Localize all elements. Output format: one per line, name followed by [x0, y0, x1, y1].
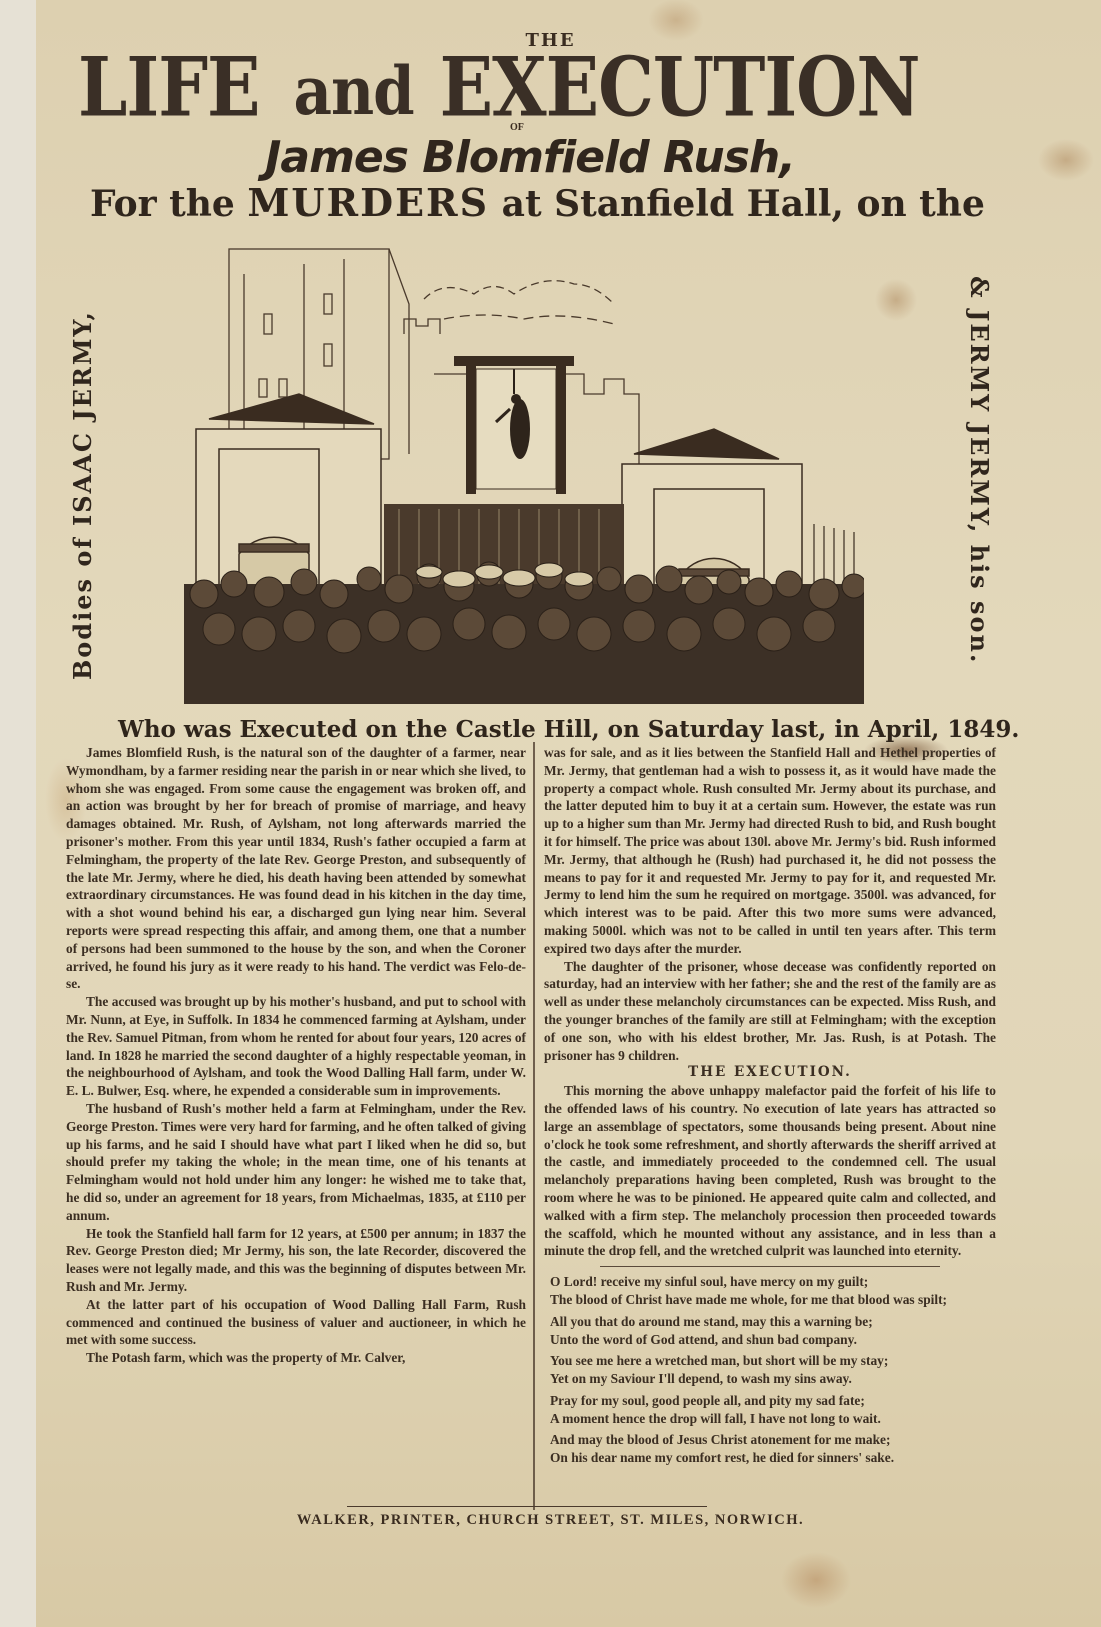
stanza: You see me here a wretched man, but shor…	[550, 1352, 996, 1388]
verse: O Lord! receive my sinful soul, have mer…	[544, 1273, 996, 1467]
title-and: and	[293, 52, 413, 130]
bottom-rule	[347, 1506, 707, 1507]
right-column: was for sale, and as it lies between the…	[544, 744, 996, 1471]
title-execution: EXECUTION	[440, 44, 920, 132]
stanza: Pray for my soul, good people all, and p…	[550, 1392, 996, 1428]
side-text-left: Bodies of ISAAC JERMY,	[68, 240, 108, 680]
title-murders: For the MURDERS at Stanfield Hall, on th…	[90, 180, 990, 225]
paragraph: At the latter part of his occupation of …	[66, 1296, 526, 1349]
murders-post: at Stanfield Hall, on the	[489, 183, 985, 225]
title-main: LIFEandEXECUTION	[78, 46, 998, 133]
side-text-right: & JERMY JERMY, his son.	[954, 276, 994, 736]
column-divider	[533, 742, 535, 1510]
execution-heading: THE EXECUTION.	[544, 1064, 996, 1082]
execution-engraving	[184, 234, 864, 704]
paragraph: This morning the above unhappy malefacto…	[544, 1082, 996, 1260]
verse-line: And may the blood of Jesus Christ atonem…	[550, 1431, 996, 1449]
stanza: All you that do around me stand, may thi…	[550, 1313, 996, 1349]
paragraph: The husband of Rush's mother held a farm…	[66, 1100, 526, 1225]
verse-line: Yet on my Saviour I'll depend, to wash m…	[550, 1370, 996, 1388]
stanza: O Lord! receive my sinful soul, have mer…	[550, 1273, 996, 1309]
verse-line: On his dear name my comfort rest, he die…	[550, 1449, 996, 1467]
verse-line: A moment hence the drop will fall, I hav…	[550, 1410, 996, 1428]
subtitle: Who was Executed on the Castle Hill, on …	[118, 716, 978, 743]
murders-pre: For the	[90, 183, 247, 225]
paragraph: was for sale, and as it lies between the…	[544, 744, 996, 958]
paragraph: The accused was brought up by his mother…	[66, 993, 526, 1100]
verse-line: Pray for my soul, good people all, and p…	[550, 1392, 996, 1410]
printer-imprint: WALKER, PRINTER, CHURCH STREET, ST. MILE…	[0, 1512, 1101, 1529]
paragraph: The Potash farm, which was the property …	[66, 1349, 526, 1367]
title-life: LIFE	[78, 44, 259, 132]
verse-line: O Lord! receive my sinful soul, have mer…	[550, 1273, 996, 1291]
paragraph: He took the Stanfield hall farm for 12 y…	[66, 1225, 526, 1296]
verse-line: All you that do around me stand, may thi…	[550, 1313, 996, 1331]
left-column: James Blomfield Rush, is the natural son…	[66, 744, 526, 1367]
verse-line: The blood of Christ have made me whole, …	[550, 1291, 996, 1309]
murders-caps: MURDERS	[247, 180, 489, 225]
stanza: And may the blood of Jesus Christ atonem…	[550, 1431, 996, 1467]
verse-line: Unto the word of God attend, and shun ba…	[550, 1331, 996, 1349]
photo-backdrop	[0, 0, 38, 1627]
title-name: James Blomfield Rush,	[210, 132, 850, 183]
verse-rule	[600, 1266, 940, 1267]
paragraph: James Blomfield Rush, is the natural son…	[66, 744, 526, 993]
verse-line: You see me here a wretched man, but shor…	[550, 1352, 996, 1370]
paragraph: The daughter of the prisoner, whose dece…	[544, 958, 996, 1065]
